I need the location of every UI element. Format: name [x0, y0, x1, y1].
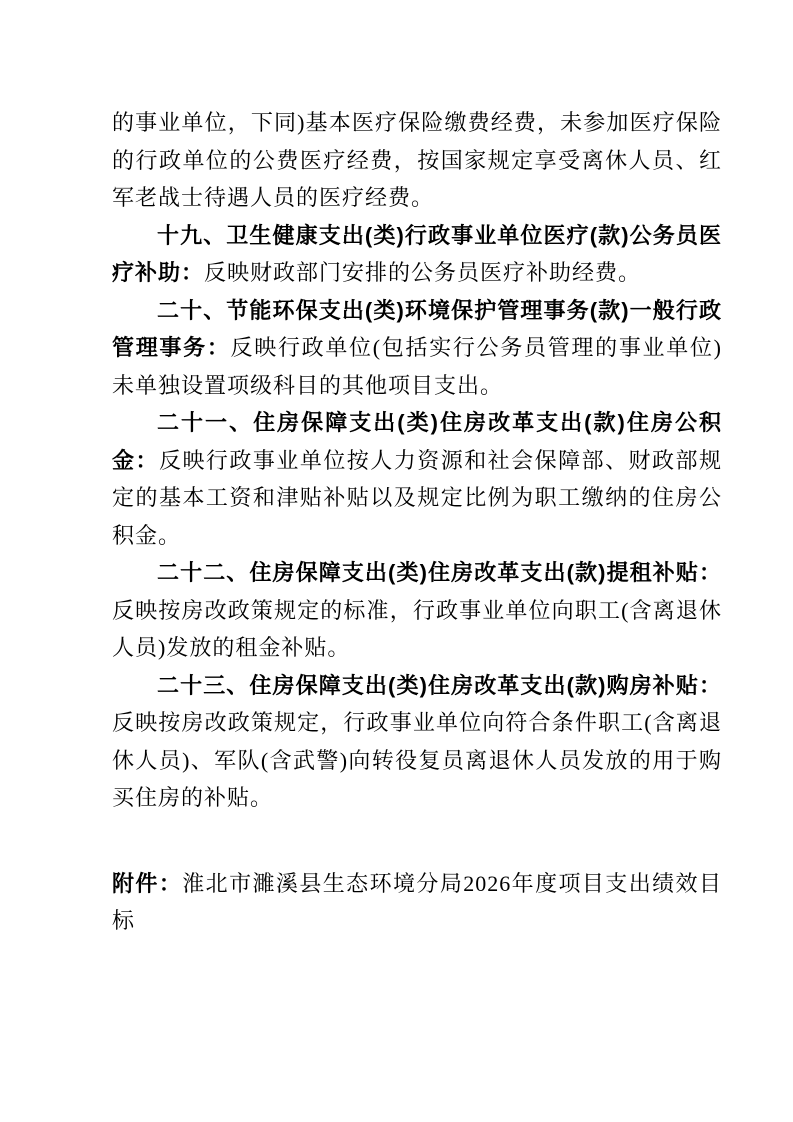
para-item-23: 二十三、住房保障支出(类)住房改革支出(款)购房补贴：反映按房改政策规定，行政事…	[112, 667, 722, 817]
item-22-heading: 二十二、住房保障支出(类)住房改革支出(款)提租补贴：	[157, 560, 722, 585]
item-21-body: 反映行政事业单位按人力资源和社会保障部、财政部规定的基本工资和津贴补贴以及规定比…	[112, 448, 722, 548]
para-item-22: 二十二、住房保障支出(类)住房改革支出(款)提租补贴：反映按房改政策规定的标准，…	[112, 554, 722, 667]
para-item-20: 二十、节能环保支出(类)环境保护管理事务(款)一般行政管理事务：反映行政单位(包…	[112, 292, 722, 405]
item-23-body: 反映按房改政策规定，行政事业单位向符合条件职工(含离退休人员)、军队(含武警)向…	[112, 710, 722, 810]
attachment-label: 附件：	[112, 871, 182, 896]
para-item-21: 二十一、住房保障支出(类)住房改革支出(款)住房公积金：反映行政事业单位按人力资…	[112, 404, 722, 554]
item-23-heading: 二十三、住房保障支出(类)住房改革支出(款)购房补贴：	[157, 673, 722, 698]
item-22-body: 反映按房改政策规定的标准，行政事业单位向职工(含离退休人员)发放的租金补贴。	[112, 598, 722, 661]
para-item-19: 十九、卫生健康支出(类)行政事业单位医疗(款)公务员医疗补助：反映财政部门安排的…	[112, 217, 722, 292]
paragraph-text: 的事业单位，下同)基本医疗保险缴费经费，未参加医疗保险的行政单位的公费医疗经费，…	[112, 110, 722, 210]
attachment-line: 附件：淮北市濉溪县生态环境分局2026年度项目支出绩效目标	[112, 865, 722, 940]
paragraph-continuation: 的事业单位，下同)基本医疗保险缴费经费，未参加医疗保险的行政单位的公费医疗经费，…	[112, 104, 722, 217]
document-page: 的事业单位，下同)基本医疗保险缴费经费，未参加医疗保险的行政单位的公费医疗经费，…	[0, 0, 793, 1122]
attachment-text: 淮北市濉溪县生态环境分局2026年度项目支出绩效目标	[112, 871, 722, 934]
item-19-body: 反映财政部门安排的公务员医疗补助经费。	[204, 260, 641, 285]
